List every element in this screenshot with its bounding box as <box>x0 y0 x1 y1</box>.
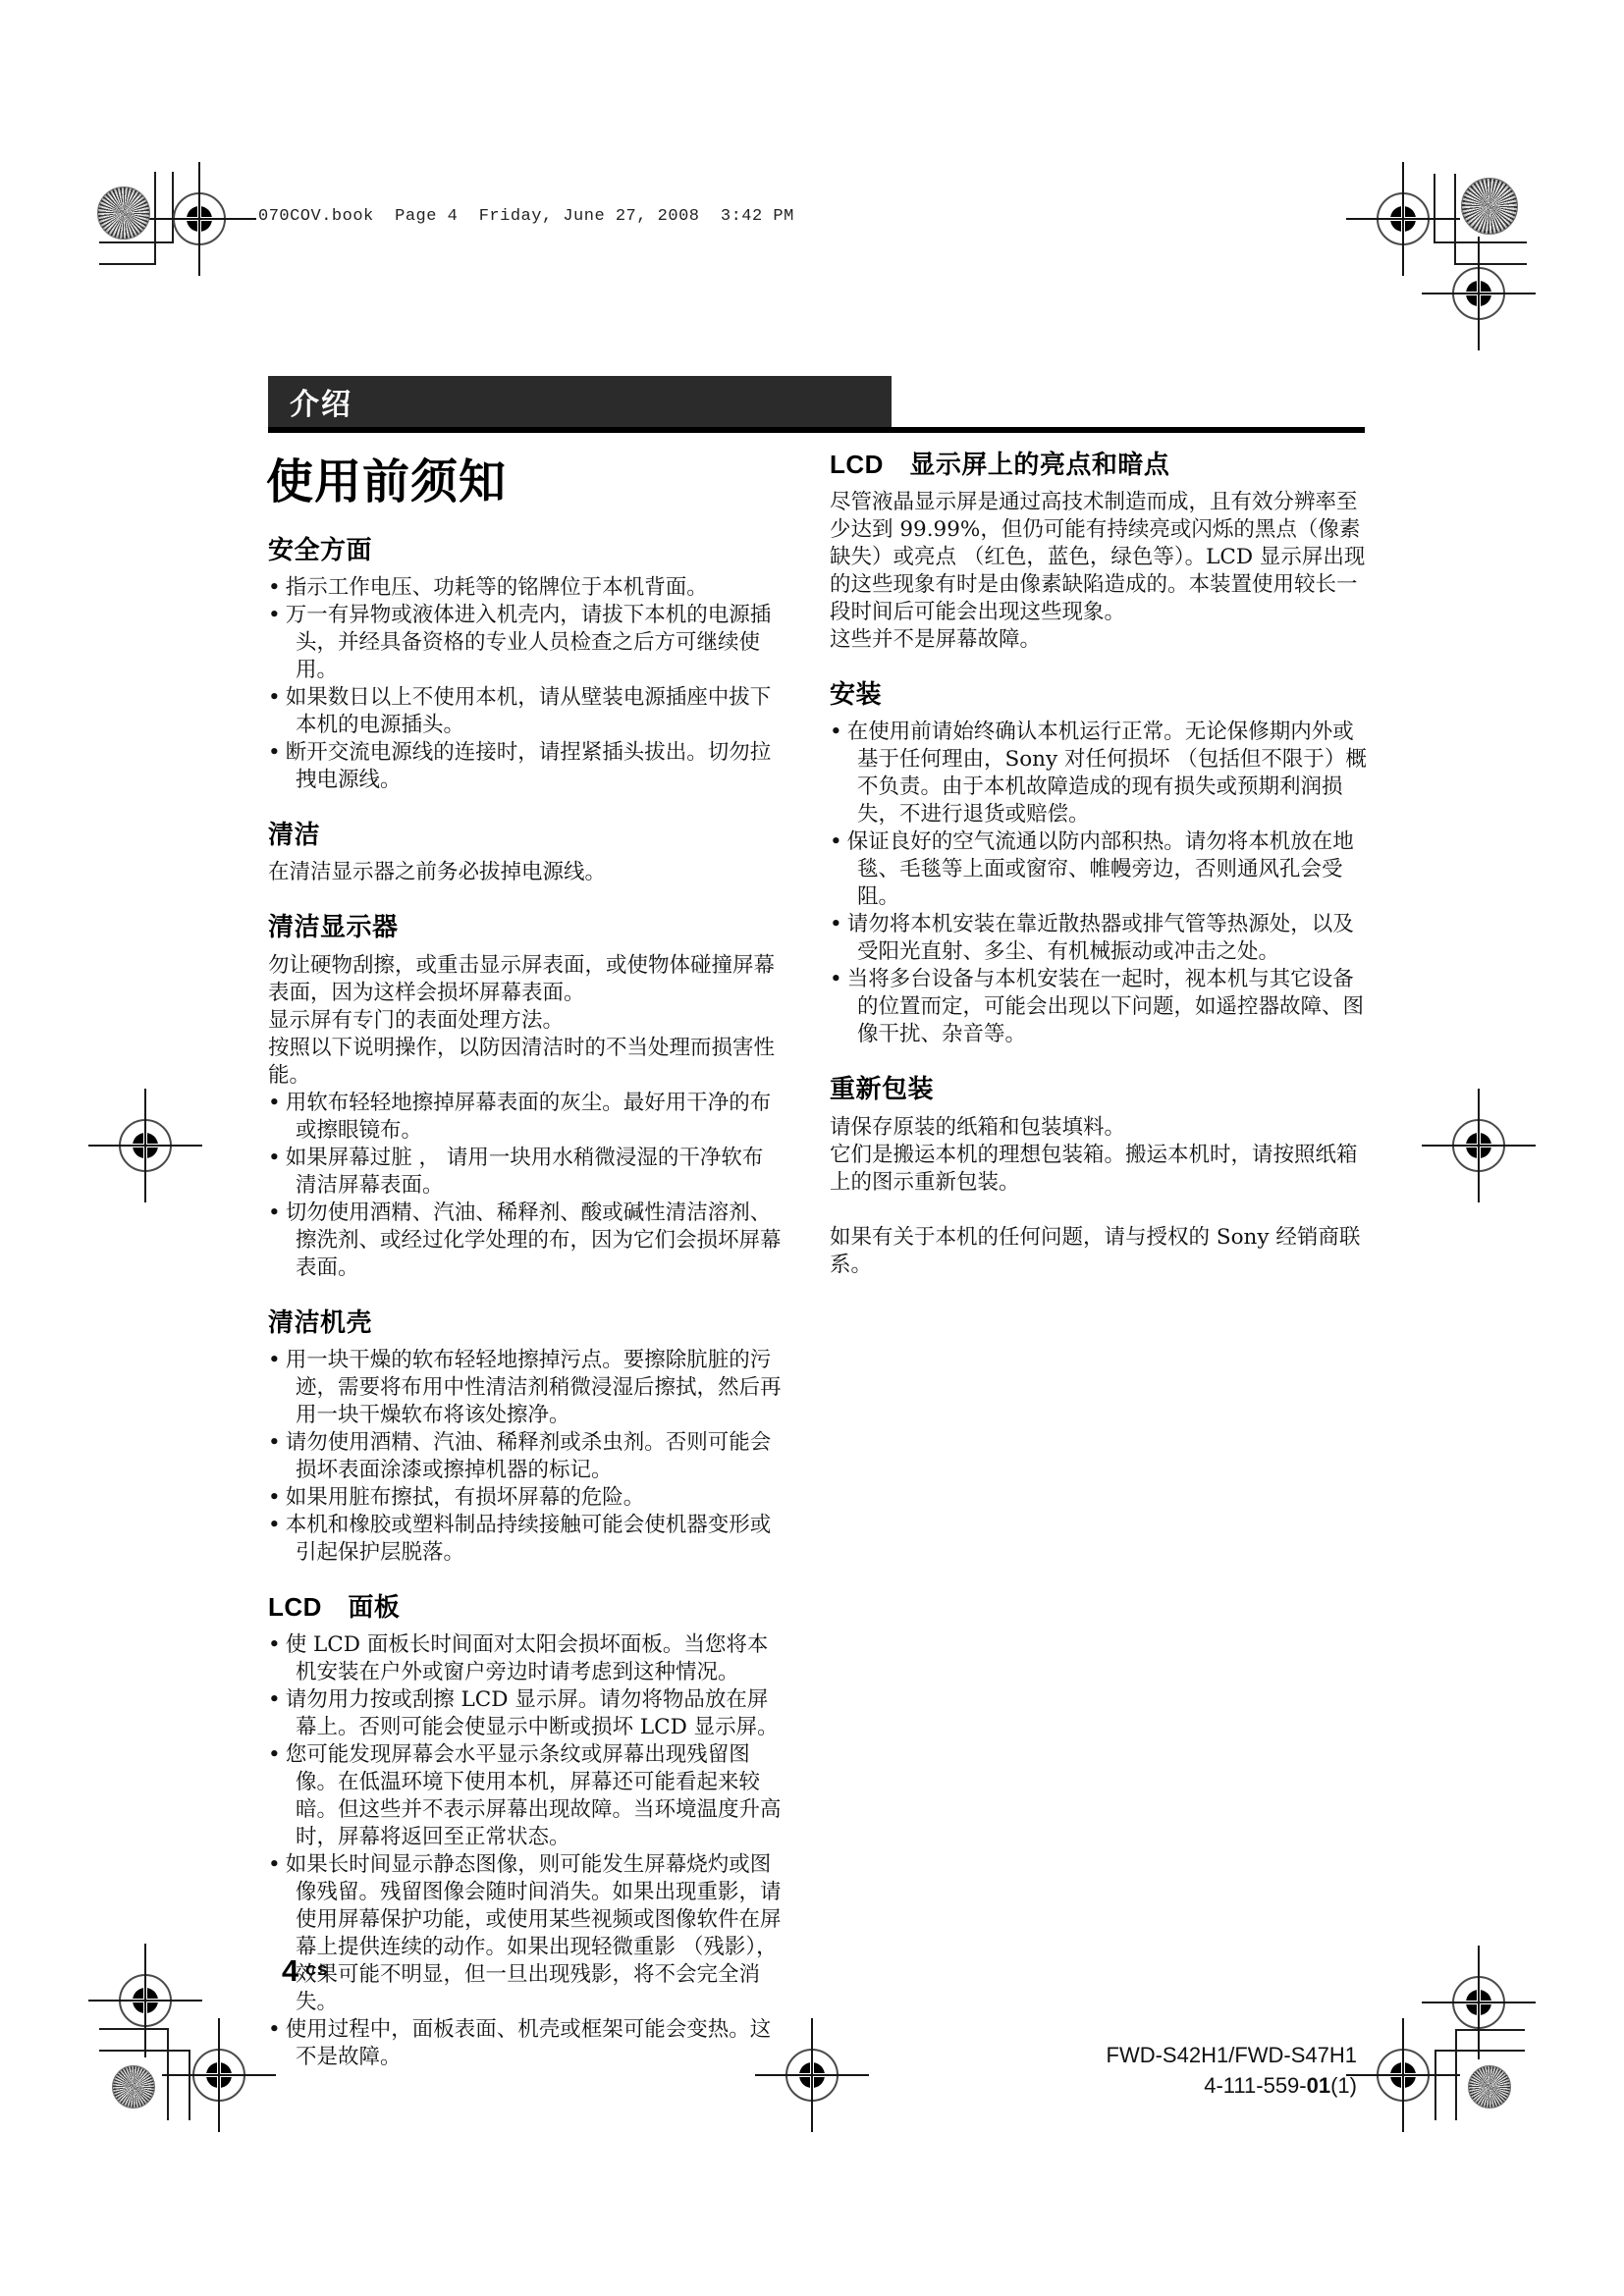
bullet-text: 断开交流电源线的连接时，请捏紧插头拔出。切勿拉拽电源线。 <box>286 740 772 792</box>
bullet-text: 当将多台设备与本机安装在一起时，视本机与其它设备的位置而定，可能会出现以下问题，… <box>847 967 1364 1046</box>
pinwheel-mark-icon <box>112 2065 155 2109</box>
bullet-icon: • <box>268 1485 281 1510</box>
bullet-text: 使 LCD 面板长时间面对太阳会损坏面板。当您将本机安装在户外或窗户旁边时请考虑… <box>286 1632 769 1684</box>
bullet-text: 您可能发现屏幕会水平显示条纹或屏幕出现残留图像。在低温环境下使用本机，屏幕还可能… <box>286 1742 782 1849</box>
section-lcd-panel: LCD 面板•使 LCD 面板长时间面对太阳会损坏面板。当您将本机安装在户外或窗… <box>268 1592 783 2071</box>
bullet-list: •用软布轻轻地擦掉屏幕表面的灰尘。最好用干净的布或擦眼镜布。•如果屏幕过脏 ， … <box>268 1090 783 1282</box>
section-heading: 清洁机壳 <box>268 1308 783 1338</box>
bullet-text: 如果用脏布擦拭，有损坏屏幕的危险。 <box>286 1485 645 1510</box>
bullet-item: •切勿使用酒精、汽油、稀释剂、酸或碱性清洁溶剂、擦洗剂、或经过化学处理的布，因为… <box>268 1200 783 1282</box>
bullet-item: •如果屏幕过脏 ， 请用一块用水稍微浸湿的干净软布清洁屏幕表面。 <box>268 1145 783 1200</box>
bullet-icon: • <box>268 1201 281 1225</box>
footer-part-number: 4-111-559-01(1) <box>1107 2070 1357 2101</box>
bullet-icon: • <box>268 1146 281 1170</box>
bullet-list: •在使用前请始终确认本机运行正常。无论保修期内外或基于任何理由，Sony 对任何… <box>830 719 1368 1048</box>
bullet-icon: • <box>268 575 281 600</box>
page-number-language-code: CS <box>305 1962 328 1979</box>
bullet-text: 请勿用力按或刮擦 LCD 显示屏。请勿将物品放在屏幕上。否则可能会使显示中断或损… <box>286 1687 779 1739</box>
bullet-list: •指示工作电压、功耗等的铭牌位于本机背面。•万一有异物或液体进入机壳内，请拔下本… <box>268 574 783 794</box>
bullet-icon: • <box>268 685 281 710</box>
bullet-item: •如果用脏布擦拭，有损坏屏幕的危险。 <box>268 1484 783 1512</box>
bullet-icon: • <box>830 912 842 936</box>
bullet-item: •在使用前请始终确认本机运行正常。无论保修期内外或基于任何理由，Sony 对任何… <box>830 719 1368 828</box>
bullet-text: 使用过程中，面板表面、机壳或框架可能会变热。这不是故障。 <box>286 2017 772 2069</box>
left-column: 安全方面•指示工作电压、功耗等的铭牌位于本机背面。•万一有异物或液体进入机壳内，… <box>268 535 783 2071</box>
bullet-item: •如果数日以上不使用本机，请从壁装电源插座中拔下本机的电源插头。 <box>268 684 783 739</box>
page-number: 4CS <box>282 1953 328 1989</box>
registration-target-icon <box>1346 2018 1460 2132</box>
section-cleaning-display: 清洁显示器勿让硬物刮擦，或重击显示屏表面，或使物体碰撞屏幕表面，因为这样会损坏屏… <box>268 912 783 1281</box>
bullet-text: 保证良好的空气流通以防内部积热。请勿将本机放在地毯、毛毯等上面或窗帘、帷幔旁边，… <box>847 829 1354 909</box>
pinwheel-mark-icon <box>1468 2065 1511 2109</box>
bullet-text: 请勿将本机安装在靠近散热器或排气管等热源处，以及受阳光直射、多尘、有机械振动或冲… <box>847 912 1354 964</box>
bullet-icon: • <box>830 829 842 854</box>
section-heading: 安装 <box>830 679 1368 710</box>
bullet-text: 如果数日以上不使用本机，请从壁装电源插座中拔下本机的电源插头。 <box>286 685 772 737</box>
bullet-item: •断开交流电源线的连接时，请捏紧插头拔出。切勿拉拽电源线。 <box>268 739 783 794</box>
bullet-text: 切勿使用酒精、汽油、稀释剂、酸或碱性清洁溶剂、擦洗剂、或经过化学处理的布，因为它… <box>286 1201 782 1280</box>
bullet-item: •当将多台设备与本机安装在一起时，视本机与其它设备的位置而定，可能会出现以下问题… <box>830 966 1368 1048</box>
right-column: LCD 显示屏上的亮点和暗点尽管液晶显示屏是通过高技术制造而成，且有效分辨率至少… <box>830 450 1368 1279</box>
registration-target-icon <box>88 1089 202 1202</box>
bullet-item: •使用过程中，面板表面、机壳或框架可能会变热。这不是故障。 <box>268 2016 783 2071</box>
registration-target-icon <box>1422 237 1536 350</box>
bullet-item: •请勿将本机安装在靠近散热器或排气管等热源处，以及受阳光直射、多尘、有机械振动或… <box>830 911 1368 966</box>
bullet-icon: • <box>268 1430 281 1455</box>
paragraph: 它们是搬运本机的理想包装箱。搬运本机时，请按照纸箱上的图示重新包装。 <box>830 1142 1368 1197</box>
bullet-item: •万一有异物或液体进入机壳内，请拔下本机的电源插头，并经具备资格的专业人员检查之… <box>268 602 783 684</box>
section-heading: 清洁 <box>268 820 783 850</box>
paragraph: 显示屏有专门的表面处理方法。 <box>268 1007 783 1035</box>
footer-model-block: FWD-S42H1/FWD-S47H1 4-111-559-01(1) <box>1107 2040 1357 2101</box>
registration-target-icon <box>1422 1089 1536 1202</box>
bullet-icon: • <box>268 2017 281 2042</box>
bullet-item: •保证良好的空气流通以防内部积热。请勿将本机放在地毯、毛毯等上面或窗帘、帷幔旁边… <box>830 828 1368 911</box>
section-heading: LCD 显示屏上的亮点和暗点 <box>830 450 1368 480</box>
bullet-icon: • <box>268 1091 281 1115</box>
section-cleaning: 清洁在清洁显示器之前务必拔掉电源线。 <box>268 820 783 886</box>
section-cleaning-cabinet: 清洁机壳•用一块干燥的软布轻轻地擦掉污点。要擦除肮脏的污迹，需要将布用中性清洁剂… <box>268 1308 783 1567</box>
bullet-item: •如果长时间显示静态图像，则可能发生屏幕烧灼或图像残留。残留图像会随时间消失。如… <box>268 1851 783 2016</box>
bullet-list: •用一块干燥的软布轻轻地擦掉污点。要擦除肮脏的污迹，需要将布用中性清洁剂稍微浸湿… <box>268 1347 783 1567</box>
bullet-icon: • <box>830 720 842 744</box>
bullet-icon: • <box>268 1632 281 1657</box>
bullet-text: 用一块干燥的软布轻轻地擦掉污点。要擦除肮脏的污迹，需要将布用中性清洁剂稍微浸湿后… <box>286 1348 782 1427</box>
bullet-icon: • <box>830 967 842 991</box>
bullet-item: •请勿使用酒精、汽油、稀释剂或杀虫剂。否则可能会损坏表面涂漆或擦掉机器的标记。 <box>268 1429 783 1484</box>
bullet-icon: • <box>268 1513 281 1537</box>
paragraph: 请保存原装的纸箱和包装填料。 <box>830 1114 1368 1142</box>
section-lcd-dots: LCD 显示屏上的亮点和暗点尽管液晶显示屏是通过高技术制造而成，且有效分辨率至少… <box>830 450 1368 654</box>
paragraph: 按照以下说明操作，以防因清洁时的不当处理而损害性能。 <box>268 1035 783 1090</box>
bullet-text: 指示工作电压、功耗等的铭牌位于本机背面。 <box>286 575 708 600</box>
paragraph: 这些并不是屏幕故障。 <box>830 626 1368 654</box>
banner-rule <box>268 427 1365 433</box>
bullet-item: •用软布轻轻地擦掉屏幕表面的灰尘。最好用干净的布或擦眼镜布。 <box>268 1090 783 1145</box>
section-safety: 安全方面•指示工作电压、功耗等的铭牌位于本机背面。•万一有异物或液体进入机壳内，… <box>268 535 783 794</box>
bullet-item: •本机和橡胶或塑料制品持续接触可能会使机器变形或引起保护层脱落。 <box>268 1512 783 1567</box>
bullet-text: 如果长时间显示静态图像，则可能发生屏幕烧灼或图像残留。残留图像会随时间消失。如果… <box>286 1852 782 2014</box>
page-number-value: 4 <box>282 1953 298 1988</box>
bullet-text: 本机和橡胶或塑料制品持续接触可能会使机器变形或引起保护层脱落。 <box>286 1513 772 1565</box>
paragraph: 如果有关于本机的任何问题，请与授权的 Sony 经销商联系。 <box>830 1224 1368 1279</box>
bullet-icon: • <box>268 740 281 765</box>
bullet-item: •用一块干燥的软布轻轻地擦掉污点。要擦除肮脏的污迹，需要将布用中性清洁剂稍微浸湿… <box>268 1347 783 1429</box>
paragraph: 勿让硬物刮擦，或重击显示屏表面，或使物体碰撞屏幕表面，因为这样会损坏屏幕表面。 <box>268 952 783 1007</box>
section-heading: 安全方面 <box>268 535 783 565</box>
footer-model: FWD-S42H1/FWD-S47H1 <box>1107 2040 1357 2070</box>
registration-target-icon <box>142 162 256 276</box>
bullet-icon: • <box>268 1742 281 1767</box>
bullet-item: •请勿用力按或刮擦 LCD 显示屏。请勿将物品放在屏幕上。否则可能会使显示中断或… <box>268 1686 783 1741</box>
bullet-icon: • <box>268 1348 281 1372</box>
section-heading: 清洁显示器 <box>268 912 783 942</box>
bullet-text: 万一有异物或液体进入机壳内，请拔下本机的电源插头，并经具备资格的专业人员检查之后… <box>286 603 772 682</box>
bullet-icon: • <box>268 603 281 627</box>
bullet-text: 请勿使用酒精、汽油、稀释剂或杀虫剂。否则可能会损坏表面涂漆或擦掉机器的标记。 <box>286 1430 772 1482</box>
bullet-item: •指示工作电压、功耗等的铭牌位于本机背面。 <box>268 574 783 602</box>
bullet-icon: • <box>268 1852 281 1877</box>
bullet-item: •使 LCD 面板长时间面对太阳会损坏面板。当您将本机安装在户外或窗户旁边时请考… <box>268 1631 783 1686</box>
paragraph: 尽管液晶显示屏是通过高技术制造而成，且有效分辨率至少达到 99.99%，但仍可能… <box>830 489 1368 626</box>
proof-header-text: 070COV.book Page 4 Friday, June 27, 2008… <box>258 207 794 226</box>
pinwheel-mark-icon <box>97 187 150 240</box>
section-heading: LCD 面板 <box>268 1592 783 1623</box>
pinwheel-mark-icon <box>1461 178 1518 235</box>
section-repacking: 重新包装请保存原装的纸箱和包装填料。它们是搬运本机的理想包装箱。搬运本机时，请按… <box>830 1074 1368 1278</box>
paragraph: 在清洁显示器之前务必拔掉电源线。 <box>268 859 783 886</box>
registration-target-icon <box>162 2018 276 2132</box>
page-title: 使用前须知 <box>266 444 507 511</box>
bullet-text: 在使用前请始终确认本机运行正常。无论保修期内外或基于任何理由，Sony 对任何损… <box>847 720 1367 827</box>
section-banner-label: 介绍 <box>268 380 352 423</box>
section-installation: 安装•在使用前请始终确认本机运行正常。无论保修期内外或基于任何理由，Sony 对… <box>830 679 1368 1048</box>
bullet-text: 用软布轻轻地擦掉屏幕表面的灰尘。最好用干净的布或擦眼镜布。 <box>286 1091 772 1143</box>
section-heading: 重新包装 <box>830 1074 1368 1104</box>
bullet-list: •使 LCD 面板长时间面对太阳会损坏面板。当您将本机安装在户外或窗户旁边时请考… <box>268 1631 783 2071</box>
bullet-text: 如果屏幕过脏 ， 请用一块用水稍微浸湿的干净软布清洁屏幕表面。 <box>286 1146 764 1198</box>
section-banner: 介绍 <box>268 376 892 427</box>
bullet-icon: • <box>268 1687 281 1712</box>
bullet-item: •您可能发现屏幕会水平显示条纹或屏幕出现残留图像。在低温环境下使用本机，屏幕还可… <box>268 1741 783 1851</box>
